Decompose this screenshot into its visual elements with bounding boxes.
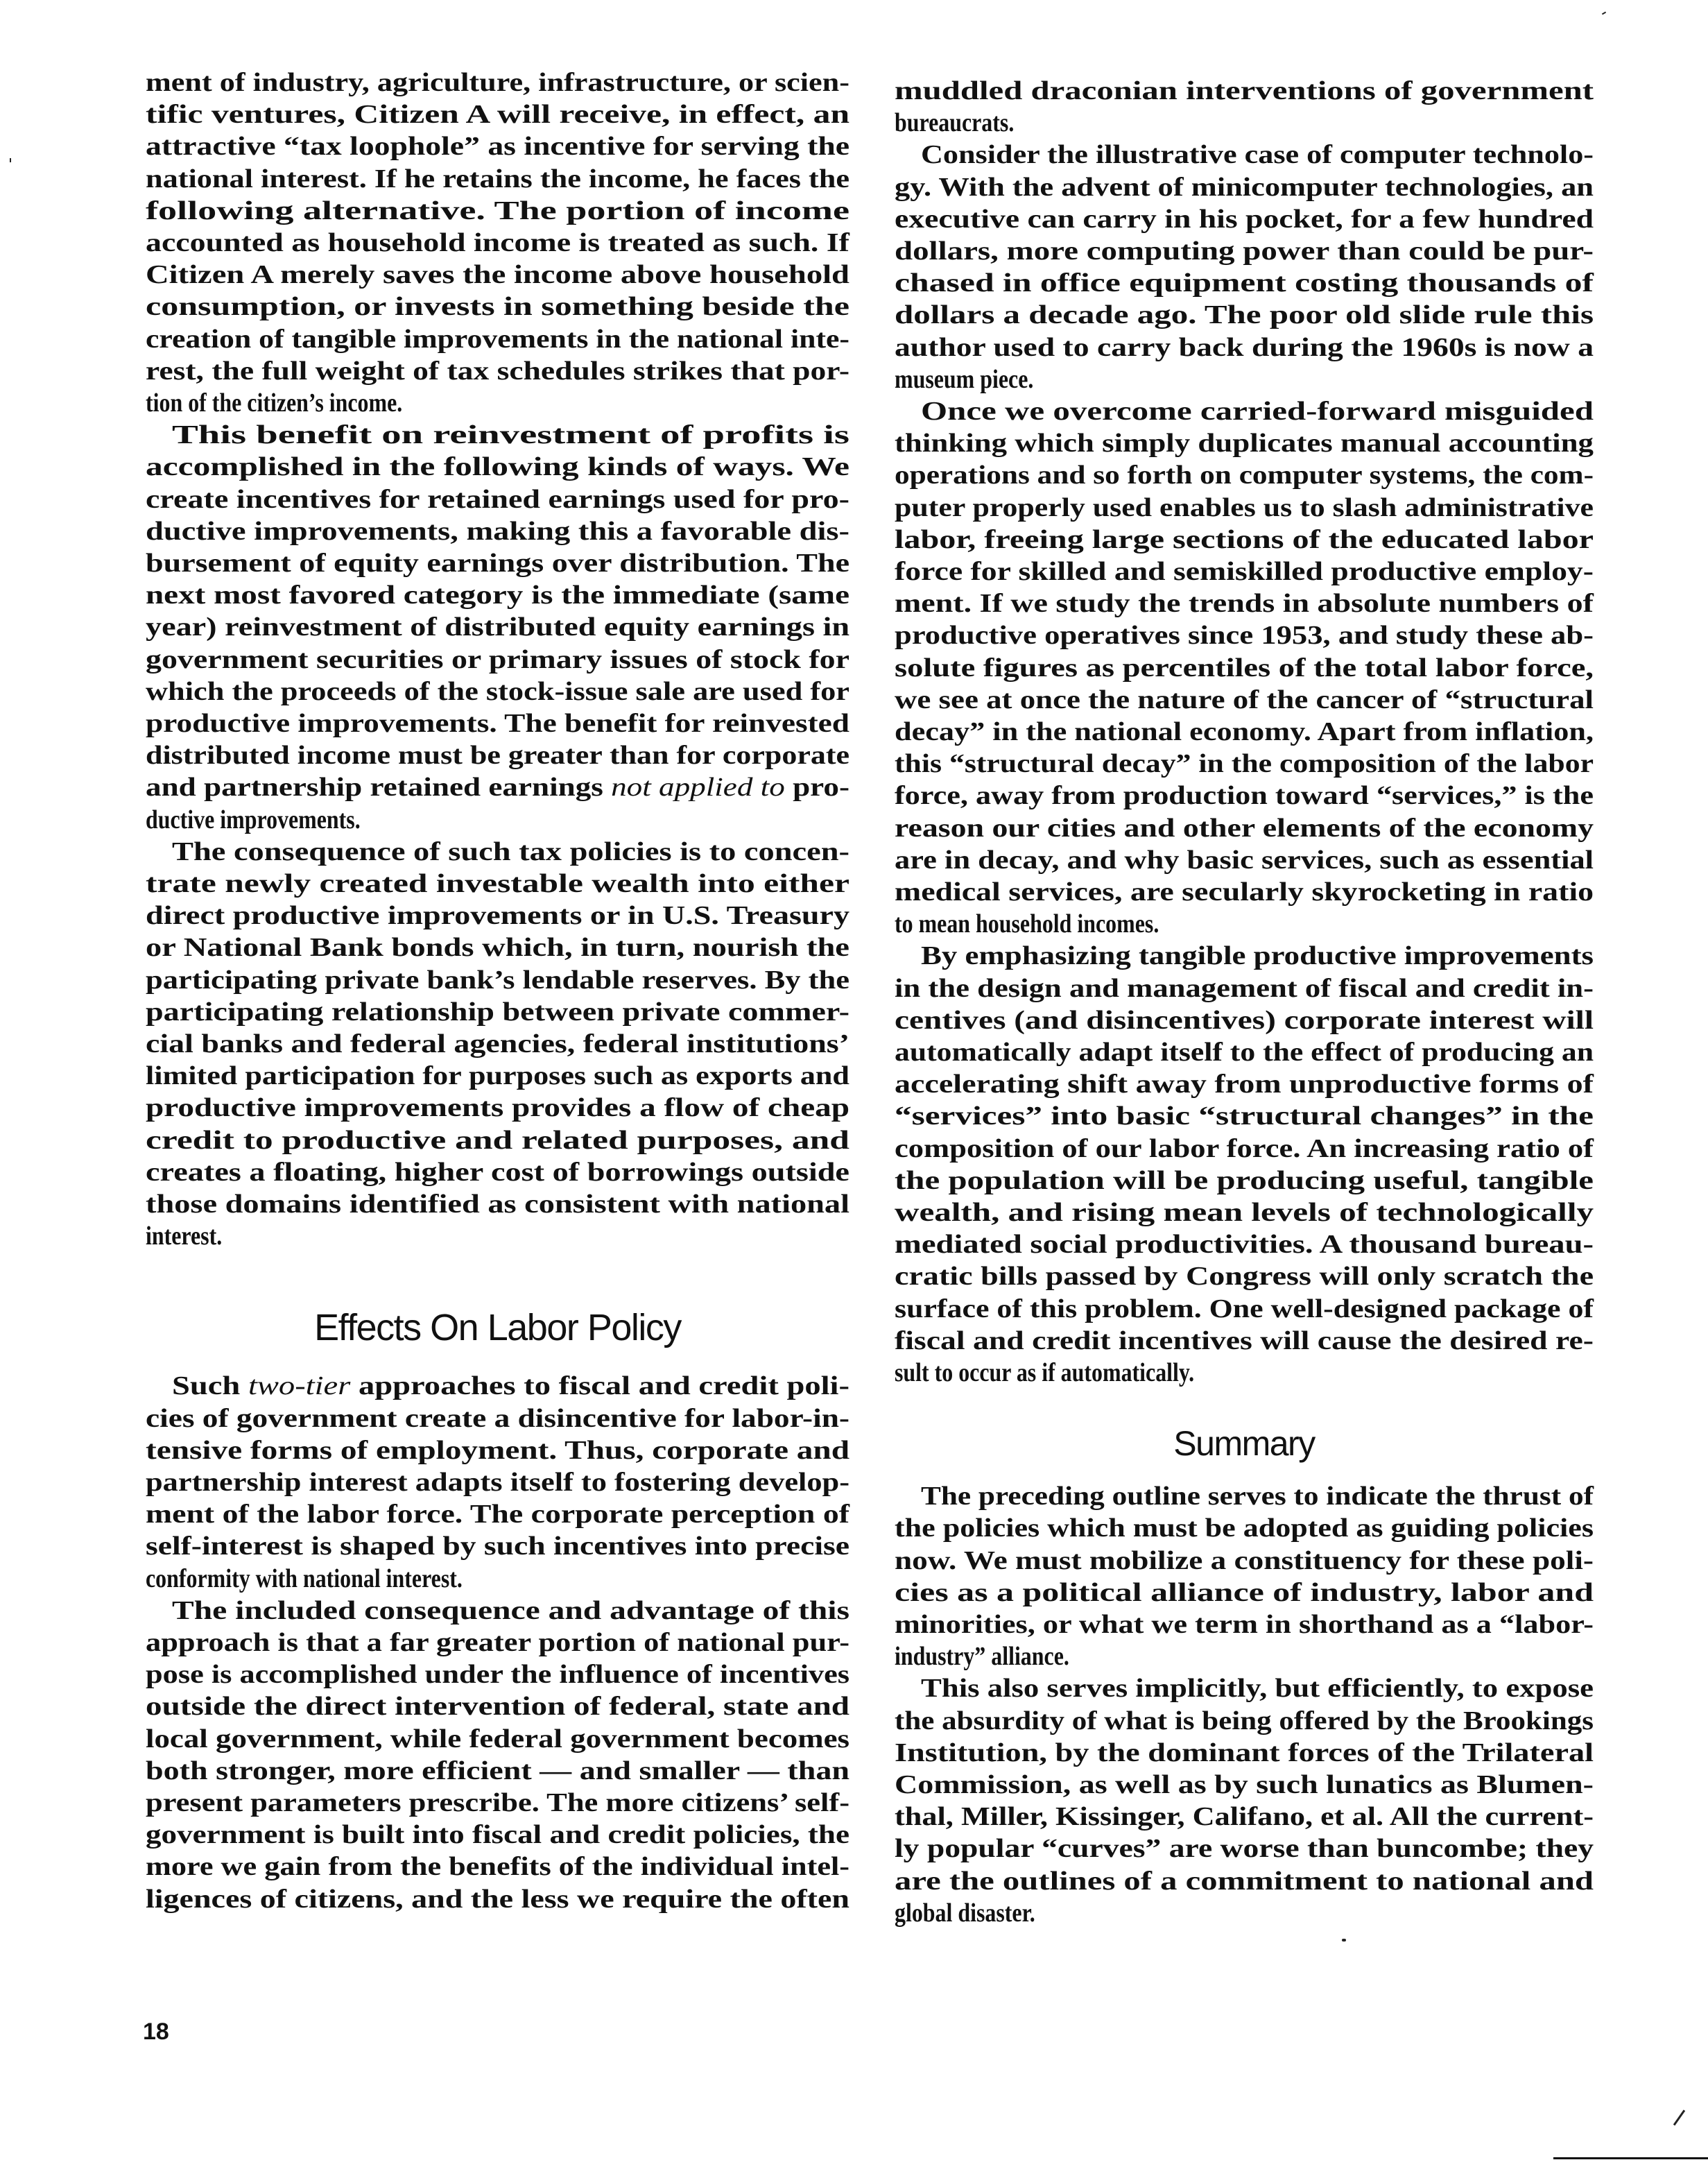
text-line: muddled draconian interventions of gover… [895,75,1594,107]
text-line: wealth, and rising mean levels of techno… [895,1197,1594,1228]
text-line: direct productive improvements or in U.S… [146,900,849,932]
text-line: The included consequence and advantage o… [172,1595,849,1627]
text-line: trate newly created investable wealth in… [146,868,849,900]
text-line: are in decay, and why basic services, su… [895,844,1594,876]
text-line: more we gain from the benefits of the in… [146,1851,849,1883]
text-line: or National Bank bonds which, in turn, n… [146,932,849,963]
text-line: tion of the citizen’s income. [146,387,402,419]
text-line: interest. [146,1220,222,1252]
text-line: composition of our labor force. An incre… [895,1133,1594,1165]
text-line: next most favored category is the immedi… [146,579,849,611]
text-line: this “structural decay” in the compositi… [895,748,1594,780]
document-page: ment of industry, agriculture, infrastru… [0,0,1708,2160]
scan-speck [1673,2109,1685,2125]
text-line: museum piece. [895,363,1033,395]
text-line: both stronger, more efficient — and smal… [146,1755,849,1787]
text-line: year) reinvestment of distributed equity… [146,611,849,643]
text-line: ductive improvements, making this a favo… [146,515,849,547]
text-line: credit to productive and related purpose… [146,1124,849,1156]
text-line: in the design and management of fiscal a… [895,972,1594,1004]
text-line: force for skilled and semiskilled produc… [895,556,1594,588]
scan-speck [1342,1939,1346,1942]
italic-emphasis: not applied to [611,773,785,802]
text-line: gy. With the advent of minicomputer tech… [895,171,1594,203]
text-line: now. We must mobilize a constituency for… [895,1545,1594,1577]
text-line: which the proceeds of the stock-issue sa… [146,676,849,708]
text-line: industry” alliance. [895,1640,1069,1672]
text-line: Citizen A merely saves the income above … [146,259,849,291]
text-line: productive improvements provides a flow … [146,1092,849,1124]
text-line: distributed income must be greater than … [146,739,849,771]
text-line: tensive forms of employment. Thus, corpo… [146,1434,849,1466]
text-line: ment of industry, agriculture, infrastru… [146,67,849,98]
text-line: present parameters prescribe. The more c… [146,1787,849,1819]
text-line: centives (and disincentives) corporate i… [895,1004,1594,1036]
text-line: the population will be producing useful,… [895,1165,1594,1197]
text-line: ly popular “curves” are worse than bunco… [895,1833,1594,1865]
scan-edge-line [1553,2157,1708,2159]
text-line: cies as a political alliance of industry… [895,1577,1594,1609]
text-line: medical services, are secularly skyrocke… [895,876,1594,908]
text-line: are the outlines of a commitment to nati… [895,1865,1594,1897]
text-line: thinking which simply duplicates manual … [895,427,1594,459]
text-line: accomplished in the following kinds of w… [146,451,849,483]
text-line: ductive improvements. [146,804,361,836]
page-number: 18 [143,2018,169,2046]
text-line: creates a floating, higher cost of borro… [146,1156,849,1188]
section-heading: Effects On Labor Policy [314,1306,681,1349]
text-line: ment. If we study the trends in absolute… [895,588,1594,619]
text-line: The preceding outline serves to indicate… [921,1480,1594,1512]
text-line: chased in office equipment costing thous… [895,267,1594,299]
text-line: we see at once the nature of the cancer … [895,684,1594,716]
text-line: creation of tangible improvements in the… [146,323,849,355]
text-line: thal, Miller, Kissinger, Califano, et al… [895,1801,1594,1833]
text-line: The consequence of such tax policies is … [172,836,849,868]
text-line: bureaucrats. [895,107,1014,139]
text-line: “services” into basic “structural change… [895,1100,1594,1132]
text-line: rest, the full weight of tax schedules s… [146,355,849,387]
text-line: and partnership retained earnings not ap… [146,771,849,803]
text-line: to mean household incomes. [895,908,1159,940]
text-line: This benefit on reinvestment of profits … [172,419,849,451]
text-line: Consider the illustrative case of comput… [921,139,1594,171]
text-line: fiscal and credit incentives will cause … [895,1325,1594,1357]
text-line: global disaster. [895,1897,1035,1929]
text-line: This also serves implicitly, but efficie… [921,1672,1594,1704]
italic-emphasis: two-tier [248,1371,350,1400]
text-line: participating private bank’s lendable re… [146,964,849,996]
text-line: dollars, more computing power than could… [895,235,1594,267]
text-line: force, away from production toward “serv… [895,780,1594,812]
text-line: solute figures as percentiles of the tot… [895,652,1594,684]
text-line: automatically adapt itself to the effect… [895,1036,1594,1068]
text-line: consumption, or invests in something bes… [146,291,849,323]
text-line: participating relationship between priva… [146,996,849,1028]
text-line: author used to carry back during the 196… [895,332,1594,363]
text-line: Commission, as well as by such lunatics … [895,1769,1594,1801]
text-line: cratic bills passed by Congress will onl… [895,1260,1594,1292]
text-line: the absurdity of what is being offered b… [895,1705,1594,1737]
scan-speck [1602,12,1606,15]
text-line: Institution, by the dominant forces of t… [895,1737,1594,1769]
text-line: self-interest is shaped by such incentiv… [146,1530,849,1562]
text-line: cial banks and federal agencies, federal… [146,1028,849,1060]
text-line: outside the direct intervention of feder… [146,1690,849,1722]
text-line: Such two-tier approaches to fiscal and c… [172,1370,849,1402]
text-line: executive can carry in his pocket, for a… [895,203,1594,235]
text-line: mediated social productivities. A thousa… [895,1228,1594,1260]
text-line: accounted as household income is treated… [146,227,849,259]
text-line: operations and so forth on computer syst… [895,459,1594,491]
text-line: limited participation for purposes such … [146,1060,849,1092]
text-line: national interest. If he retains the inc… [146,163,849,195]
scan-speck [10,158,11,162]
text-line: ligences of citizens, and the less we re… [146,1883,849,1915]
text-line: government securities or primary issues … [146,644,849,676]
text-line: the policies which must be adopted as gu… [895,1512,1594,1544]
text-line: labor, freeing large sections of the edu… [895,524,1594,556]
text-line: conformity with national interest. [146,1563,463,1595]
text-line: puter properly used enables us to slash … [895,492,1594,524]
text-line: reason our cities and other elements of … [895,812,1594,844]
text-line: sult to occur as if automatically. [895,1357,1194,1389]
text-line: ment of the labor force. The corporate p… [146,1498,849,1530]
text-line: approach is that a far greater portion o… [146,1627,849,1658]
text-line: surface of this problem. One well-design… [895,1293,1594,1325]
text-line: partnership interest adapts itself to fo… [146,1466,849,1498]
text-line: accelerating shift away from unproductiv… [895,1068,1594,1100]
text-line: cies of government create a disincentive… [146,1403,849,1434]
text-line: minorities, or what we term in shorthand… [895,1609,1594,1640]
text-line: dollars a decade ago. The poor old slide… [895,299,1594,331]
text-line: bursement of equity earnings over distri… [146,547,849,579]
text-line: decay” in the national economy. Apart fr… [895,716,1594,748]
text-line: Once we overcome carried-forward misguid… [921,395,1594,427]
section-heading: Summary [1173,1423,1314,1464]
text-line: By emphasizing tangible productive impro… [921,940,1594,972]
text-line: pose is accomplished under the influence… [146,1658,849,1690]
text-line: productive improvements. The benefit for… [146,708,849,739]
text-line: local government, while federal governme… [146,1723,849,1755]
text-line: following alternative. The portion of in… [146,195,849,227]
text-line: create incentives for retained earnings … [146,483,849,515]
text-line: tific ventures, Citizen A will receive, … [146,98,849,130]
text-line: those domains identified as consistent w… [146,1188,849,1220]
text-line: government is built into fiscal and cred… [146,1819,849,1851]
text-line: attractive “tax loophole” as incentive f… [146,130,849,162]
text-line: productive operatives since 1953, and st… [895,619,1594,651]
